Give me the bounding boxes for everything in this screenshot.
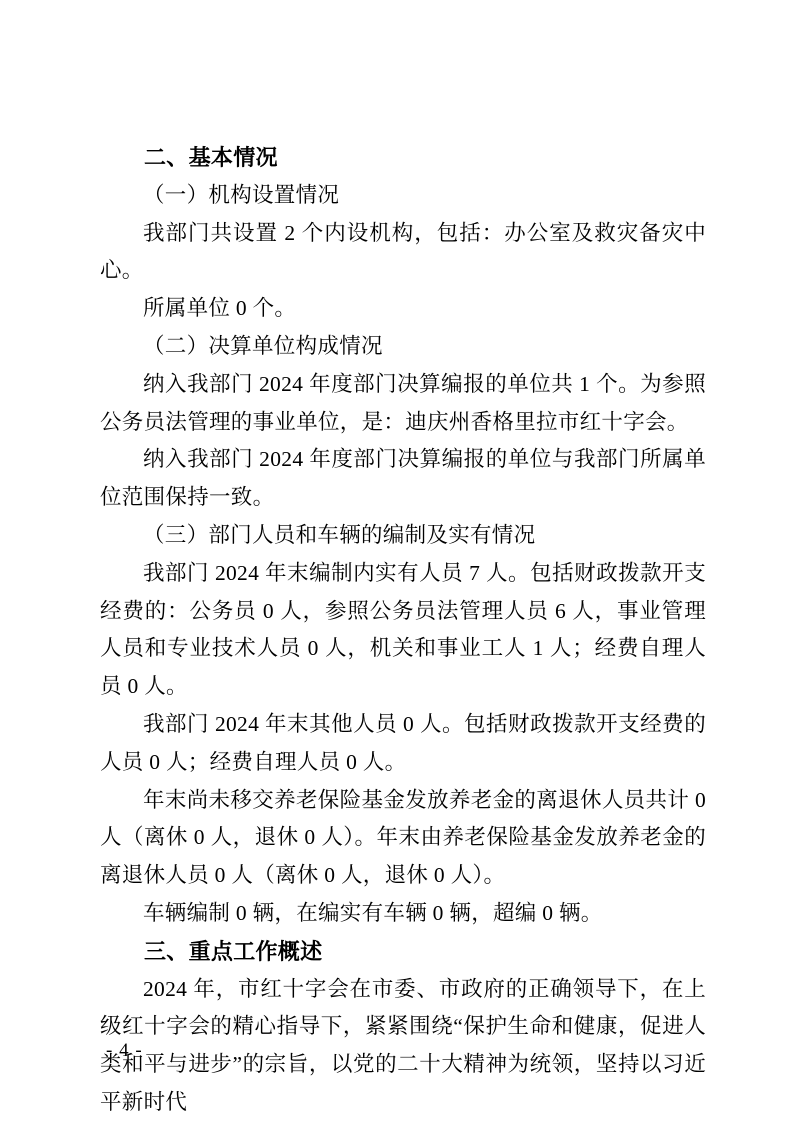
body-paragraph: 纳入我部门 2024 年度部门决算编报的单位与我部门所属单位范围保持一致。 (100, 441, 706, 517)
subheading-unit-composition: （二）决算单位构成情况 (100, 328, 706, 366)
subheading-staff-vehicles: （三）部门人员和车辆的编制及实有情况 (100, 517, 706, 555)
section-heading-basic-info: 二、基本情况 (100, 139, 706, 177)
document-body: 二、基本情况 （一）机构设置情况 我部门共设置 2 个内设机构，包括：办公室及救… (100, 139, 706, 1122)
body-paragraph: 车辆编制 0 辆，在编实有车辆 0 辆，超编 0 辆。 (100, 895, 706, 933)
body-paragraph: 我部门共设置 2 个内设机构，包括：办公室及救灾备灾中心。 (100, 215, 706, 291)
body-paragraph: 我部门 2024 年末编制内实有人员 7 人。包括财政拨款开支经费的：公务员 0… (100, 555, 706, 706)
subheading-org-setup: （一）机构设置情况 (100, 177, 706, 215)
body-paragraph: 我部门 2024 年末其他人员 0 人。包括财政拨款开支经费的人员 0 人；经费… (100, 706, 706, 782)
page-number: - 4 - (106, 1040, 143, 1062)
body-paragraph: 年末尚未移交养老保险基金发放养老金的离退休人员共计 0 人（离休 0 人，退休 … (100, 782, 706, 895)
body-paragraph: 纳入我部门 2024 年度部门决算编报的单位共 1 个。为参照公务员法管理的事业… (100, 366, 706, 442)
section-heading-key-work: 三、重点工作概述 (100, 933, 706, 971)
body-paragraph: 2024 年，市红十字会在市委、市政府的正确领导下，在上级红十字会的精心指导下，… (100, 971, 706, 1122)
document-page: 二、基本情况 （一）机构设置情况 我部门共设置 2 个内设机构，包括：办公室及救… (0, 0, 793, 1122)
body-paragraph: 所属单位 0 个。 (100, 290, 706, 328)
